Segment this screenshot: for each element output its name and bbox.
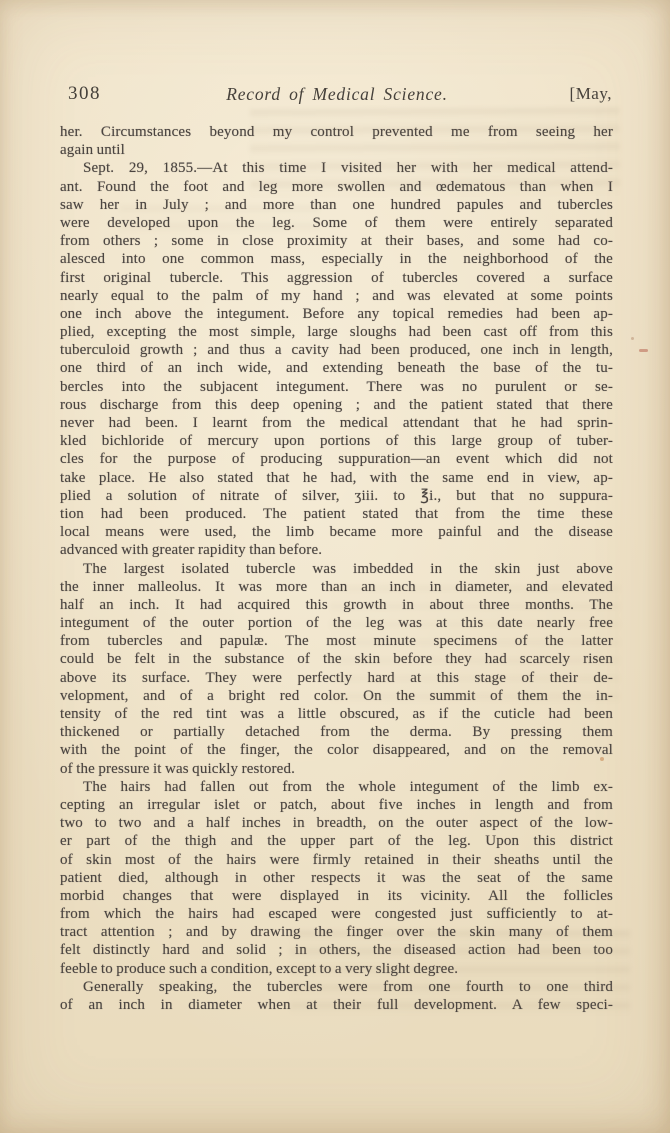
text-line: plied, excepting the most simple, large … <box>60 323 613 341</box>
text-line: above its surface. They were perfectly h… <box>60 669 613 687</box>
text-line: plied a solution of nitrate of silver, ʒ… <box>60 487 613 505</box>
text-line: nearly equal to the palm of my hand ; an… <box>60 287 613 305</box>
text-line: The largest isolated tubercle was imbedd… <box>60 560 613 578</box>
text-line: half an inch. It had acquired this growt… <box>60 596 613 614</box>
text-line: morbid changes that were displayed in it… <box>60 887 613 905</box>
text-line: patient died, although in other respects… <box>60 869 613 887</box>
text-line: cles for the purpose of producing suppur… <box>60 450 613 468</box>
paper-blemish <box>639 349 648 352</box>
text-line: of an inch in diameter when at their ful… <box>60 996 613 1014</box>
text-line: of skin most of the hairs were firmly re… <box>60 851 613 869</box>
text-line: never had been. I learnt from the medica… <box>60 414 613 432</box>
issue-month: [May, <box>570 84 612 104</box>
text-line: The hairs had fallen out from the whole … <box>60 778 613 796</box>
text-line: her. Circumstances beyond my control pre… <box>60 123 613 141</box>
text-line: of the pressure it was quickly restored. <box>60 760 613 778</box>
text-line: saw her in July ; and more than one hund… <box>60 196 613 214</box>
text-line: integument of the outer portion of the l… <box>60 614 613 632</box>
text-line: tion had been produced. The patient stat… <box>60 505 613 523</box>
text-line: tensity of the red tint was a little obs… <box>60 705 613 723</box>
text-line: rous discharge from this deep opening ; … <box>60 396 613 414</box>
book-page: 308 Record of Medical Science. [May, her… <box>0 0 670 1133</box>
text-line: the inner malleolus. It was more than an… <box>60 578 613 596</box>
text-line: could be felt in the substance of the sk… <box>60 650 613 668</box>
running-header: 308 Record of Medical Science. [May, <box>62 83 612 107</box>
text-line: with the point of the finger, the color … <box>60 741 613 759</box>
text-line: feeble to produce such a condition, exce… <box>60 960 613 978</box>
text-line: Sept. 29, 1855.—At this time I visited h… <box>60 159 613 177</box>
text-line: Generally speaking, the tubercles were f… <box>60 978 613 996</box>
text-line: again until <box>60 141 613 159</box>
text-line: kled bichloride of mercury upon portions… <box>60 432 613 450</box>
running-title: Record of Medical Science. <box>62 84 612 105</box>
text-line: one inch above the integument. Before an… <box>60 305 613 323</box>
text-line: alesced into one common mass, especially… <box>60 250 613 268</box>
text-line: one third of an inch wide, and extending… <box>60 359 613 377</box>
text-line: tract attention ; and by drawing the fin… <box>60 923 613 941</box>
text-line: two to two and a half inches in breadth,… <box>60 814 613 832</box>
text-line: bercles into the subjacent integument. T… <box>60 378 613 396</box>
text-line: first original tubercle. This aggression… <box>60 269 613 287</box>
page-text: her. Circumstances beyond my control pre… <box>60 123 613 1014</box>
text-line: ant. Found the foot and leg more swollen… <box>60 178 613 196</box>
text-line: er part of the thigh and the upper part … <box>60 832 613 850</box>
text-line: advanced with greater rapidity than befo… <box>60 541 613 559</box>
paper-blemish <box>631 337 634 340</box>
text-line: velopment, and of a bright red color. On… <box>60 687 613 705</box>
text-line: thickened or partially detached from the… <box>60 723 613 741</box>
text-line: from tubercles and papulæ. The most minu… <box>60 632 613 650</box>
text-line: tuberculoid growth ; and thus a cavity h… <box>60 341 613 359</box>
text-line: from which the hairs had escaped were co… <box>60 905 613 923</box>
text-line: take place. He also stated that he had, … <box>60 469 613 487</box>
text-line: were developed upon the leg. Some of the… <box>60 214 613 232</box>
text-line: felt distinctly hard and solid ; in othe… <box>60 941 613 959</box>
text-line: cepting an irregular islet or patch, abo… <box>60 796 613 814</box>
text-line: from others ; some in close proximity at… <box>60 232 613 250</box>
text-line: local means were used, the limb became m… <box>60 523 613 541</box>
